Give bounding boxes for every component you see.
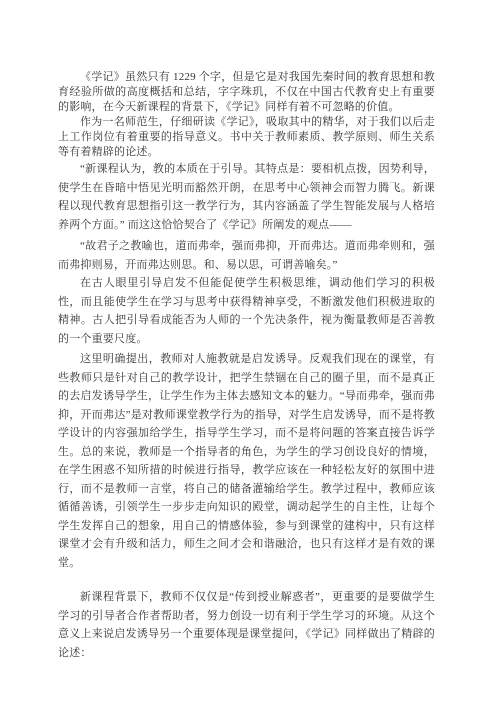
paragraph: 新课程背景下，教师不仅仅是“传到授业解惑者”，更重要的是要做学生学习的引导者合作… [58,588,435,662]
document-page: 《学记》虽然只有 1229 个字，但是它是对我国先秦时间的教育思想和教育经验所做… [0,0,500,708]
paragraph: 在古人眼里引导启发不但能促使学生积极思维，调动他们学习的积极性，而且能使学生在学… [58,274,435,348]
document-body: 《学记》虽然只有 1229 个字，但是它是对我国先秦时间的教育思想和教育经验所做… [58,70,435,662]
paragraph: “新课程认为，教的本质在于引导。其特点是：要相机点拨，因势利导，使学生在昏暗中悟… [58,160,435,234]
paragraph: 这里明确提出，教师对人施教就是启发诱导。反观我们现在的课堂，有些教师只是针对自己… [58,350,435,572]
paragraph: 作为一名师范生，仔细研读《学记》，吸取其中的精华，对于我们以后走上工作岗位有着重… [58,115,435,160]
paragraph: 《学记》虽然只有 1229 个字，但是它是对我国先秦时间的教育思想和教育经验所做… [58,70,435,115]
paragraph: “故君子之教喻也，道而弗牵，强而弗抑，开而弗达。道而弗牵则和，强而弗抑则易，开而… [58,237,435,274]
